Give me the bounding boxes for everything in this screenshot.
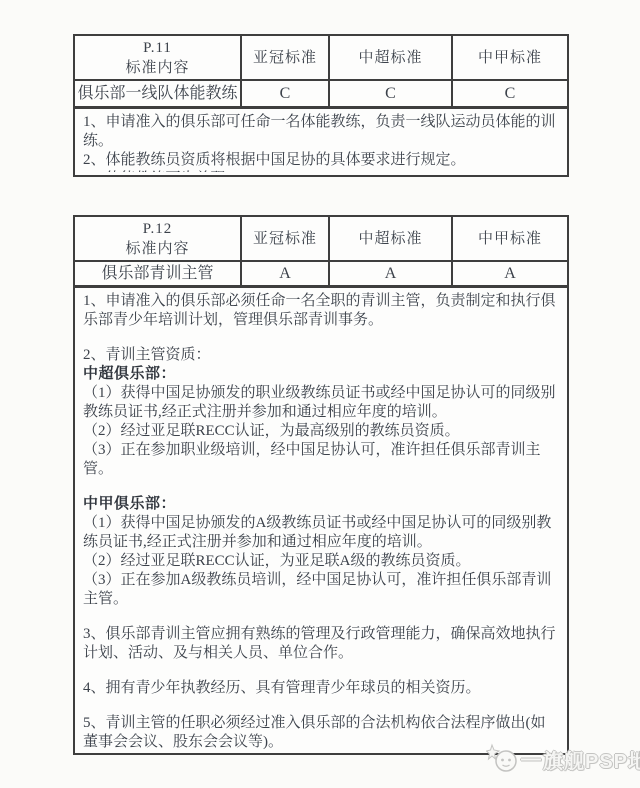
criteria-code: P.11 bbox=[143, 38, 172, 58]
header-cell-criteria: P.11 标准内容 bbox=[75, 36, 240, 79]
note-paragraph: 1、申请准入的俱乐部可任命一名体能教练，负责一线队运动员体能的训练。 bbox=[83, 113, 559, 151]
table-value-row: 俱乐部青训主管 A A A bbox=[75, 262, 567, 288]
note-paragraph: 中超俱乐部： bbox=[83, 365, 559, 384]
note-paragraph: （3）正在参加A级教练员培训，经中国足协认可，准许担任俱乐部青训主管。 bbox=[83, 571, 559, 609]
note-paragraph: （2）经过亚足联RECC认证，为亚足联A级的教练员资质。 bbox=[83, 552, 559, 571]
note-paragraph: （1）获得中国足协颁发的职业级教练员证书或经中国足协认可的同级别教练员证书,经正… bbox=[83, 384, 559, 422]
header-cell-acl-standard: 亚冠标准 bbox=[240, 36, 328, 79]
table-header-row: P.11 标准内容 亚冠标准 中超标准 中甲标准 bbox=[75, 36, 567, 81]
criteria-label: 标准内容 bbox=[125, 58, 189, 78]
note-paragraph: 4、拥有青少年执教经历、具有管理青少年球员的相关资历。 bbox=[83, 679, 559, 698]
notes-cell: 1、申请准入的俱乐部可任命一名体能教练，负责一线队运动员体能的训练。2、体能教练… bbox=[75, 109, 567, 172]
criteria-code: P.12 bbox=[143, 219, 172, 239]
watermark-dash: — bbox=[521, 748, 542, 771]
notes-cell: 1、申请准入的俱乐部必须任命一名全职的青训主管，负责制定和执行俱乐部青少年培训计… bbox=[75, 288, 567, 753]
header-cell-acl-standard: 亚冠标准 bbox=[240, 217, 328, 260]
document-page: P.11 标准内容 亚冠标准 中超标准 中甲标准 俱乐部一线队体能教练 C C … bbox=[0, 0, 640, 788]
note-paragraph: 中甲俱乐部： bbox=[83, 495, 559, 514]
grade-cell-csl: A bbox=[328, 262, 451, 285]
grade-cell-league1: A bbox=[451, 262, 567, 285]
item-cell: 俱乐部青训主管 bbox=[75, 262, 240, 285]
note-paragraph: （1）获得中国足协颁发的A级教练员证书或经中国足协认可的同级别教练员证书,经正式… bbox=[83, 514, 559, 552]
header-cell-csl-standard: 中超标准 bbox=[328, 36, 451, 79]
watermark: — 旗舰PSP地板 bbox=[486, 743, 640, 775]
note-paragraph: 3、体能教练可为兼职。 bbox=[83, 170, 559, 172]
standard-table-p11: P.11 标准内容 亚冠标准 中超标准 中甲标准 俱乐部一线队体能教练 C C … bbox=[73, 34, 569, 177]
watermark-logo-icon bbox=[486, 743, 520, 775]
note-paragraph: 1、申请准入的俱乐部必须任命一名全职的青训主管，负责制定和执行俱乐部青少年培训计… bbox=[83, 292, 559, 330]
grade-cell-acl: A bbox=[240, 262, 328, 285]
criteria-label: 标准内容 bbox=[125, 239, 189, 259]
note-paragraph: 3、俱乐部青训主管应拥有熟练的管理及行政管理能力，确保高效地执行计划、活动、及与… bbox=[83, 625, 559, 663]
note-paragraph: 2、体能教练员资质将根据中国足协的具体要求进行规定。 bbox=[83, 151, 559, 170]
watermark-text: 旗舰PSP地板 bbox=[543, 745, 640, 774]
header-cell-league1-standard: 中甲标准 bbox=[451, 36, 567, 79]
header-cell-league1-standard: 中甲标准 bbox=[451, 217, 567, 260]
item-cell: 俱乐部一线队体能教练 bbox=[75, 81, 240, 106]
table-header-row: P.12 标准内容 亚冠标准 中超标准 中甲标准 bbox=[75, 217, 567, 262]
note-paragraph: 2、青训主管资质： bbox=[83, 346, 559, 365]
header-cell-csl-standard: 中超标准 bbox=[328, 217, 451, 260]
standard-table-p12: P.12 标准内容 亚冠标准 中超标准 中甲标准 俱乐部青训主管 A A A 1… bbox=[73, 215, 569, 755]
grade-cell-csl: C bbox=[328, 81, 451, 106]
header-cell-criteria: P.12 标准内容 bbox=[75, 217, 240, 260]
table-value-row: 俱乐部一线队体能教练 C C C bbox=[75, 81, 567, 109]
note-paragraph: （2）经过亚足联RECC认证，为最高级别的教练员资质。 bbox=[83, 422, 559, 441]
grade-cell-acl: C bbox=[240, 81, 328, 106]
note-paragraph: （3）正在参加职业级培训，经中国足协认可，准许担任俱乐部青训主管。 bbox=[83, 441, 559, 479]
grade-cell-league1: C bbox=[451, 81, 567, 106]
